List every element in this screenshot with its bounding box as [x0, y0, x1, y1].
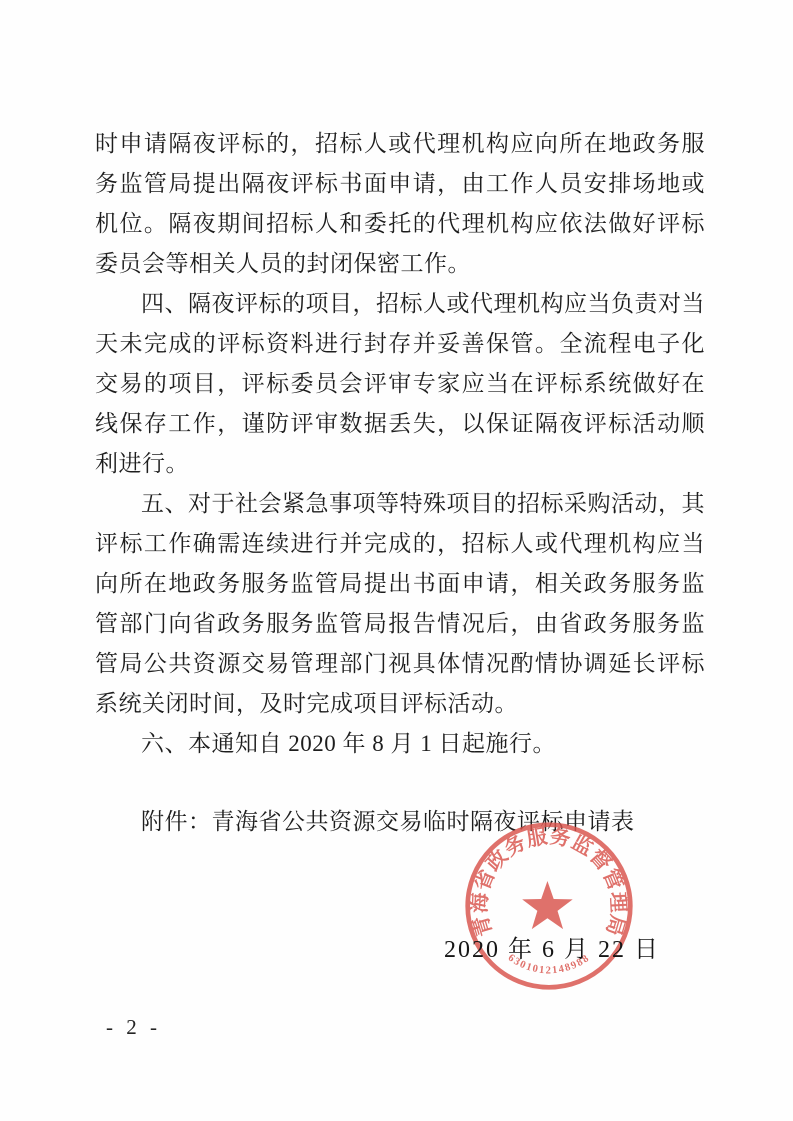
body-text: 时申请隔夜评标的，招标人或代理机构应向所在地政务服务监管局提出隔夜评标书面申请，…: [95, 124, 705, 842]
paragraph-item-6: 六、本通知自 2020 年 8 月 1 日起施行。: [95, 724, 705, 764]
paragraph-item-4: 四、隔夜评标的项目，招标人或代理机构应当负责对当天未完成的评标资料进行封存并妥善…: [95, 284, 705, 484]
paragraph-continuation: 时申请隔夜评标的，招标人或代理机构应向所在地政务服务监管局提出隔夜评标书面申请，…: [95, 124, 705, 284]
document-page: 时申请隔夜评标的，招标人或代理机构应向所在地政务服务监管局提出隔夜评标书面申请，…: [0, 0, 793, 1121]
official-seal-icon: 青海省政务服务监督管理局 6301012148988: [446, 820, 652, 992]
date-line: 2020 年 6 月 22 日: [444, 929, 660, 964]
seal-rim-text: 青海省政务服务监督管理局: [467, 824, 630, 939]
svg-text:青海省政务服务监督管理局: 青海省政务服务监督管理局: [467, 824, 630, 939]
page-number: - 2 -: [106, 1015, 161, 1040]
paragraph-item-5: 五、对于社会紧急事项等特殊项目的招标采购活动，其评标工作确需连续进行并完成的，招…: [95, 484, 705, 724]
seal-star-icon: [522, 881, 573, 929]
